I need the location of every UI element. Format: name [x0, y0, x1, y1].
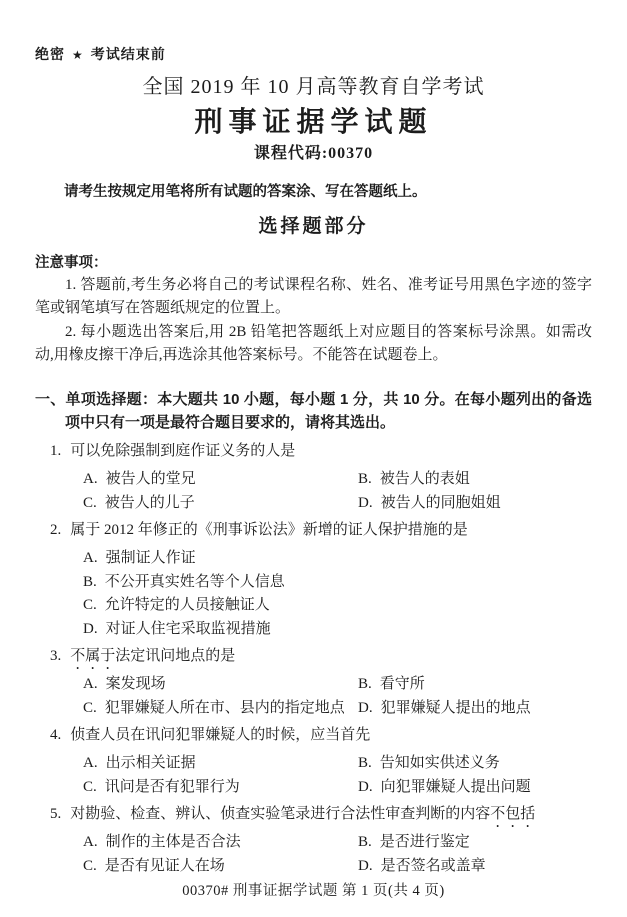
option-row: B.不公开真实姓名等个人信息: [83, 571, 627, 595]
option-row: A.出示相关证据 B.告知如实供述义务: [83, 752, 627, 776]
question-stem: 属于 2012 年修正的《刑事诉讼法》新增的证人保护措施的是: [70, 522, 468, 538]
option-c: C.是否有见证人在场: [83, 858, 225, 874]
option-c: C.被告人的儿子: [83, 495, 195, 511]
classification-label: 绝密: [35, 46, 65, 62]
option-text: 被告人的同胞姐姐: [381, 495, 501, 511]
option-c: C.允许特定的人员接触证人: [83, 597, 270, 613]
question-5: 5.对勘验、检查、辨认、侦查实验笔录进行合法性审查判断的内容不包括 A.制作的主…: [0, 803, 627, 878]
option-label: C.: [83, 858, 97, 874]
option-text: 向犯罪嫌疑人提出问题: [381, 779, 531, 795]
option-b: B.是否进行鉴定: [358, 831, 470, 855]
option-d: D.被告人的同胞姐姐: [358, 492, 501, 516]
option-label: B.: [358, 834, 372, 850]
question-number: 3.: [50, 648, 61, 664]
question-4: 4.侦查人员在讯问犯罪嫌疑人的时候，应当首先 A.出示相关证据 B.告知如实供述…: [0, 724, 627, 799]
option-text: 案发现场: [106, 676, 166, 692]
option-row: A.被告人的堂兄 B.被告人的表姐: [83, 468, 627, 492]
option-b: B.看守所: [358, 673, 425, 697]
option-row: C.被告人的儿子 D.被告人的同胞姐姐: [83, 492, 627, 516]
option-b: B.不公开真实姓名等个人信息: [83, 574, 285, 590]
option-row: D.对证人住宅采取监视措施: [83, 618, 627, 642]
option-label: B.: [358, 676, 372, 692]
option-row: C.犯罪嫌疑人所在市、县内的指定地点 D.犯罪嫌疑人提出的地点: [83, 697, 627, 721]
option-row: C.讯问是否有犯罪行为 D.向犯罪嫌疑人提出问题: [83, 776, 627, 800]
option-a: A.出示相关证据: [83, 755, 196, 771]
question-number: 4.: [50, 727, 61, 743]
option-text: 讯问是否有犯罪行为: [105, 779, 240, 795]
option-d: D.对证人住宅采取监视措施: [83, 621, 271, 637]
option-text: 被告人的表姐: [380, 471, 470, 487]
star-icon: ★: [65, 48, 91, 62]
question-list: 1.可以免除强制到庭作证义务的人是 A.被告人的堂兄 B.被告人的表姐 C.被告…: [0, 440, 627, 878]
option-row: A.制作的主体是否合法 B.是否进行鉴定: [83, 831, 627, 855]
question-text: 1.可以免除强制到庭作证义务的人是: [50, 440, 627, 468]
option-row: A.案发现场 B.看守所: [83, 673, 627, 697]
option-text: 强制证人作证: [106, 550, 196, 566]
option-label: C.: [83, 779, 97, 795]
option-label: B.: [358, 755, 372, 771]
option-text: 对证人住宅采取监视措施: [106, 621, 271, 637]
option-label: A.: [83, 834, 98, 850]
option-c: C.讯问是否有犯罪行为: [83, 779, 240, 795]
option-text: 被告人的堂兄: [106, 471, 196, 487]
option-text: 不公开真实姓名等个人信息: [105, 574, 285, 590]
option-label: C.: [83, 495, 97, 511]
question-stem-emphasis: 不包括: [490, 806, 535, 822]
option-label: B.: [83, 574, 97, 590]
option-label: D.: [358, 858, 373, 874]
question-number: 5.: [50, 806, 61, 822]
note-item-2: 2. 每小题选出答案后,用 2B 铅笔把答题纸上对应题目的答案标号涂黑。如需改动…: [35, 321, 592, 367]
option-text: 犯罪嫌疑人提出的地点: [381, 700, 531, 716]
question-number: 2.: [50, 522, 61, 538]
option-label: D.: [358, 495, 373, 511]
option-label: C.: [83, 597, 97, 613]
option-text: 是否签名或盖章: [381, 858, 486, 874]
option-d: D.向犯罪嫌疑人提出问题: [358, 776, 531, 800]
question-number: 1.: [50, 443, 61, 459]
question-stem: 对勘验、检查、辨认、侦查实验笔录进行合法性审查判断的内容: [70, 806, 490, 822]
question-text: 5.对勘验、检查、辨认、侦查实验笔录进行合法性审查判断的内容不包括: [50, 803, 627, 831]
option-label: D.: [83, 621, 98, 637]
part-one-heading: 一、单项选择题：本大题共 10 小题，每小题 1 分，共 10 分。在每小题列出…: [35, 388, 592, 434]
option-d: D.犯罪嫌疑人提出的地点: [358, 697, 531, 721]
option-text: 出示相关证据: [106, 755, 196, 771]
option-b: B.被告人的表姐: [358, 468, 470, 492]
option-text: 告知如实供述义务: [380, 755, 500, 771]
option-label: D.: [358, 700, 373, 716]
option-text: 犯罪嫌疑人所在市、县内的指定地点: [105, 700, 345, 716]
question-text: 4.侦查人员在讯问犯罪嫌疑人的时候，应当首先: [50, 724, 627, 752]
option-label: B.: [358, 471, 372, 487]
option-text: 看守所: [380, 676, 425, 692]
question-stem-tail: 法定讯问地点的是: [115, 648, 235, 664]
course-code: 课程代码:00370: [0, 144, 627, 164]
question-stem: 可以免除强制到庭作证义务的人是: [70, 443, 295, 459]
answer-sheet-instruction: 请考生按规定用笔将所有试题的答案涂、写在答题纸上。: [35, 182, 592, 202]
option-d: D.是否签名或盖章: [358, 855, 486, 879]
option-text: 被告人的儿子: [105, 495, 195, 511]
option-text: 允许特定的人员接触证人: [105, 597, 270, 613]
question-1: 1.可以免除强制到庭作证义务的人是 A.被告人的堂兄 B.被告人的表姐 C.被告…: [0, 440, 627, 515]
exam-title: 刑事证据学试题: [0, 104, 627, 139]
option-text: 是否有见证人在场: [105, 858, 225, 874]
exam-paper-page: 绝密★考试结束前 全国 2019 年 10 月高等教育自学考试 刑事证据学试题 …: [0, 0, 627, 917]
option-row: A.强制证人作证: [83, 547, 627, 571]
option-a: A.制作的主体是否合法: [83, 834, 241, 850]
option-row: C.允许特定的人员接触证人: [83, 594, 627, 618]
notes-title: 注意事项：: [35, 253, 592, 274]
option-label: C.: [83, 700, 97, 716]
question-stem: 侦查人员在讯问犯罪嫌疑人的时候，应当首先: [70, 727, 370, 743]
option-c: C.犯罪嫌疑人所在市、县内的指定地点: [83, 700, 345, 716]
page-footer: 00370# 刑事证据学试题 第 1 页(共 4 页): [0, 879, 627, 900]
option-label: A.: [83, 550, 98, 566]
option-label: A.: [83, 676, 98, 692]
question-stem-emphasis: 不属于: [70, 648, 115, 664]
option-label: A.: [83, 471, 98, 487]
classification-note: 考试结束前: [91, 46, 166, 62]
question-3: 3.不属于法定讯问地点的是 A.案发现场 B.看守所 C.犯罪嫌疑人所在市、县内…: [0, 645, 627, 720]
question-text: 2.属于 2012 年修正的《刑事诉讼法》新增的证人保护措施的是: [50, 519, 627, 547]
option-b: B.告知如实供述义务: [358, 752, 500, 776]
option-text: 是否进行鉴定: [380, 834, 470, 850]
option-a: A.被告人的堂兄: [83, 471, 196, 487]
question-2: 2.属于 2012 年修正的《刑事诉讼法》新增的证人保护措施的是 A.强制证人作…: [0, 519, 627, 641]
option-label: D.: [358, 779, 373, 795]
question-text: 3.不属于法定讯问地点的是: [50, 645, 627, 673]
note-item-1: 1. 答题前,考生务必将自己的考试课程名称、姓名、准考证号用黑色字迹的签字笔或钢…: [35, 274, 592, 320]
option-row: C.是否有见证人在场 D.是否签名或盖章: [83, 855, 627, 879]
option-a: A.案发现场: [83, 676, 166, 692]
option-label: A.: [83, 755, 98, 771]
option-text: 制作的主体是否合法: [106, 834, 241, 850]
section-title: 选择题部分: [0, 215, 627, 239]
exam-session-title: 全国 2019 年 10 月高等教育自学考试: [0, 75, 627, 99]
classification-line: 绝密★考试结束前: [35, 46, 627, 63]
option-a: A.强制证人作证: [83, 550, 196, 566]
